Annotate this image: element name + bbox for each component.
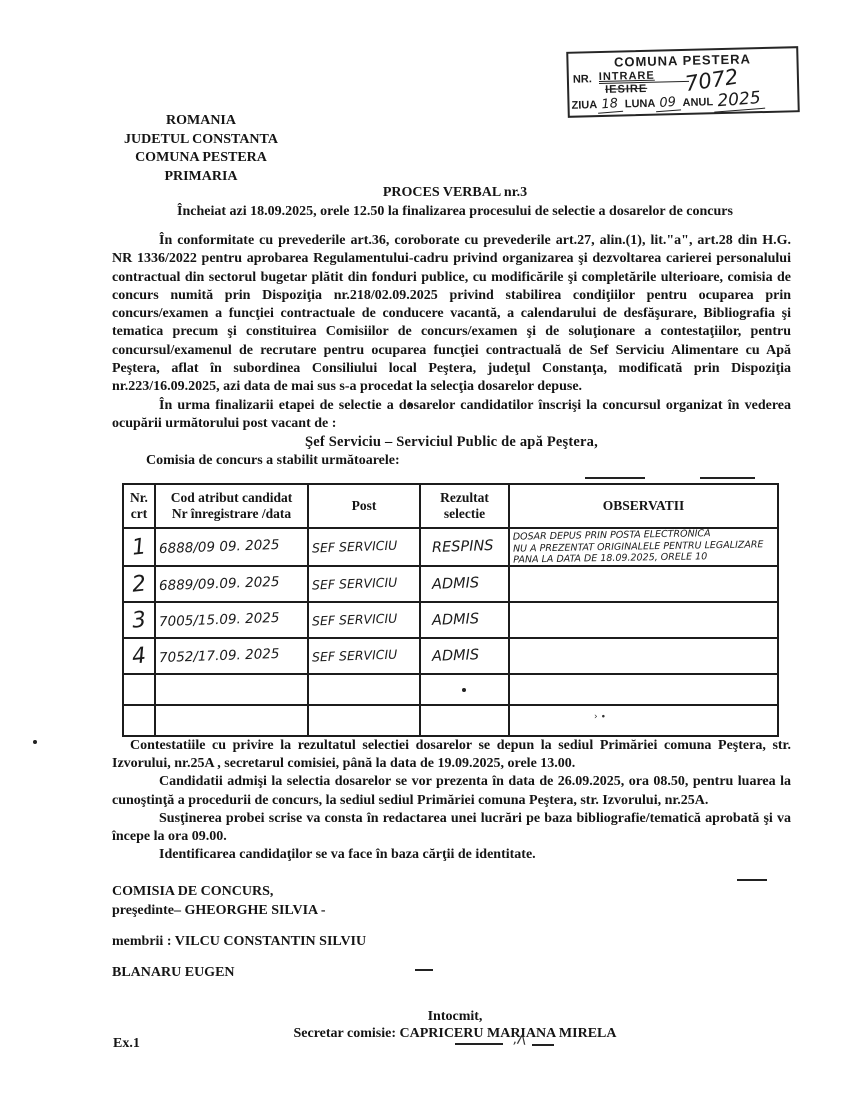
table-row-empty [123,674,778,705]
footer-secretary: Secretar comisie: CAPRICERU MARIANA MIRE… [85,1025,825,1042]
cell-rezultat: ADMIS [432,647,480,665]
cell-observatii [513,585,813,590]
committee-president: preşedinte– GHEORGHE SILVIA - [112,901,791,920]
col-header-rezultat: Rezultat selectie [420,484,509,528]
cell-observatii: DOSAR DEPUS PRIN POSTA ELECTRONICA NU A … [513,526,814,566]
stamp-anul-label: ANUL [682,96,713,109]
stamp-ziua-value: 18 [597,96,623,114]
col-header-nr: Nr. crt [123,484,155,528]
registration-stamp: COMUNA PESTERA NR. INTRARE IESIRE 7072 Z… [566,46,800,118]
cell-nr: 3 [131,607,148,633]
table-row: 4 7052/17.09. 2025 SEF SERVICIU ADMIS [123,638,778,674]
signature-mark: ,Λ [512,1032,527,1049]
signature-line [737,879,767,881]
scan-speck [700,477,755,479]
paragraph-contestatii: Contestatiile cu privire la rezultatul s… [112,737,791,773]
org-county: JUDETUL CONSTANTA [103,131,299,150]
cell-cod: 6889/09.09. 2025 [159,574,280,594]
stamp-luna-value: 09 [655,94,681,112]
table-header-row: Nr. crt Cod atribut candidat Nr înregist… [123,484,778,528]
scan-speck [33,740,37,744]
cell-post: SEF SERVICIU [312,611,398,629]
cell-rezultat: ADMIS [432,575,480,593]
cell-cod: 7005/15.09. 2025 [159,610,280,630]
title-block: PROCES VERBAL nr.3 Încheiat azi 18.09.20… [85,183,825,221]
signature-line [532,1044,554,1046]
scan-speck [585,477,645,479]
document-title: PROCES VERBAL nr.3 [85,183,825,202]
cell-post: SEF SERVICIU [312,647,398,665]
col-header-post: Post [308,484,420,528]
stamp-intrare-label: INTRARE [599,69,689,84]
cell-nr: 1 [131,534,148,560]
stamp-ziua-label: ZIUA [571,99,597,112]
scan-speck [462,688,466,692]
cell-nr: 4 [131,643,148,669]
paragraph-selection: În urma finalizarii etapei de selectie a… [112,397,791,434]
cell-post: SEF SERVICIU [312,538,398,556]
intro-section: În conformitate cu prevederile art.36, c… [112,232,791,470]
footer-section: Intocmit, Secretar comisie: CAPRICERU MA… [85,1008,825,1042]
after-table-section: Contestatiile cu privire la rezultatul s… [112,737,791,864]
paragraph-proba-scrisa: Susţinerea probei scrise va consta în re… [112,810,791,846]
col-header-cod: Cod atribut candidat Nr înregistrare /da… [155,484,308,528]
cell-observatii [513,621,813,626]
copy-number: Ex.1 [113,1036,140,1052]
vacant-post-title: Şef Serviciu – Serviciul Public de apă P… [112,433,791,451]
org-commune: COMUNA PESTERA [103,149,299,168]
table-row: 3 7005/15.09. 2025 SEF SERVICIU ADMIS [123,602,778,638]
committee-section: COMISIA DE CONCURS, preşedinte– GHEORGHE… [112,882,791,982]
scanned-document-page: COMUNA PESTERA NR. INTRARE IESIRE 7072 Z… [0,0,850,1100]
signature-line [455,1043,503,1045]
table-row-empty [123,705,778,736]
results-table: Nr. crt Cod atribut candidat Nr înregist… [122,483,779,737]
cell-rezultat: RESPINS [432,538,494,556]
paragraph-legal-basis: În conformitate cu prevederile art.36, c… [112,232,791,397]
cell-post: SEF SERVICIU [312,575,398,593]
document-subtitle: Încheiat azi 18.09.2025, orele 12.50 la … [85,202,825,221]
committee-member-2: BLANARU EUGEN [112,963,791,982]
org-country: ROMANIA [103,112,299,131]
org-header: ROMANIA JUDETUL CONSTANTA COMUNA PESTERA… [103,112,299,186]
scan-speck: › ∙ [594,712,606,722]
paragraph-identificare: Identificarea candidaţilor se va face în… [112,846,791,864]
stamp-nr-label: NR. [573,73,592,85]
stamp-date-row: ZIUA18 LUNA09 ANUL2025 [571,89,764,115]
committee-member-1: membrii : VILCU CONSTANTIN SILVIU [112,932,791,951]
cell-observatii [513,657,813,662]
cell-rezultat: ADMIS [432,611,480,629]
paragraph-committee-decision: Comisia de concurs a stabilit următoarel… [112,452,791,470]
footer-intocmit: Intocmit, [85,1008,825,1025]
committee-heading: COMISIA DE CONCURS, [112,882,791,901]
results-table-wrapper: Nr. crt Cod atribut candidat Nr înregist… [122,483,779,737]
cell-cod: 7052/17.09. 2025 [159,646,280,666]
table-row: 2 6889/09.09. 2025 SEF SERVICIU ADMIS [123,566,778,602]
stamp-anul-value: 2025 [712,88,765,113]
col-header-observatii: OBSERVATII [509,484,778,528]
cell-nr: 2 [131,571,148,597]
table-row: 1 6888/09 09. 2025 SEF SERVICIU RESPINS … [123,528,778,566]
stamp-luna-label: LUNA [625,98,656,111]
paragraph-candidati-admisi: Candidatii admişi la selectia dosarelor … [112,773,791,809]
cell-cod: 6888/09 09. 2025 [159,537,280,557]
signature-line [415,969,433,971]
scan-speck [408,402,411,407]
